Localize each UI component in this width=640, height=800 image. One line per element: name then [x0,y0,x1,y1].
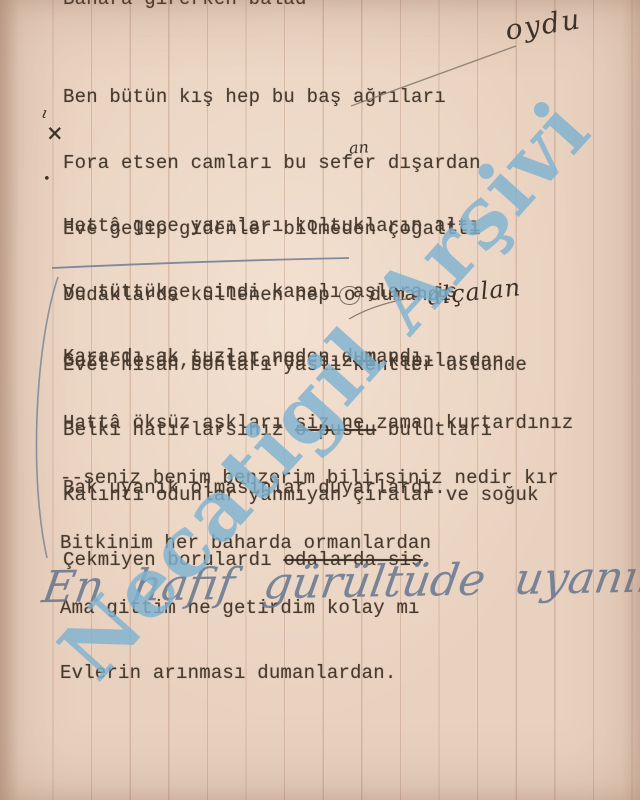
poem-line: Evlerin arınması dumanlardan. [60,663,559,684]
poem-title-partial: Bahara girerken balad [63,0,307,10]
handwritten-correction-an: an [348,137,369,157]
margin-x-mark: × [46,120,64,145]
poem-line: Evet nisan sonları yaslı kentler üstünde [63,355,539,376]
poem-line: Fora etsen camları bu sefer dışardan [63,152,516,174]
poem-line: --seniz benim benzerim bilirsiniz nedir … [60,468,559,489]
poem-line: Bitkinim her baharda ormanlardan [60,533,559,554]
scanned-manuscript-page: Bahara girerken balad Ben bütün kış hep … [0,0,640,800]
margin-dot-mark: • [43,172,51,187]
pencil-margin-arc [36,277,58,558]
poem-line: Ben bütün kış hep bu baş ağrıları [63,86,516,108]
poem-line: Hattâ gece yarıları koltukların altı [63,216,573,238]
handwritten-oydu: oydu [503,2,584,47]
